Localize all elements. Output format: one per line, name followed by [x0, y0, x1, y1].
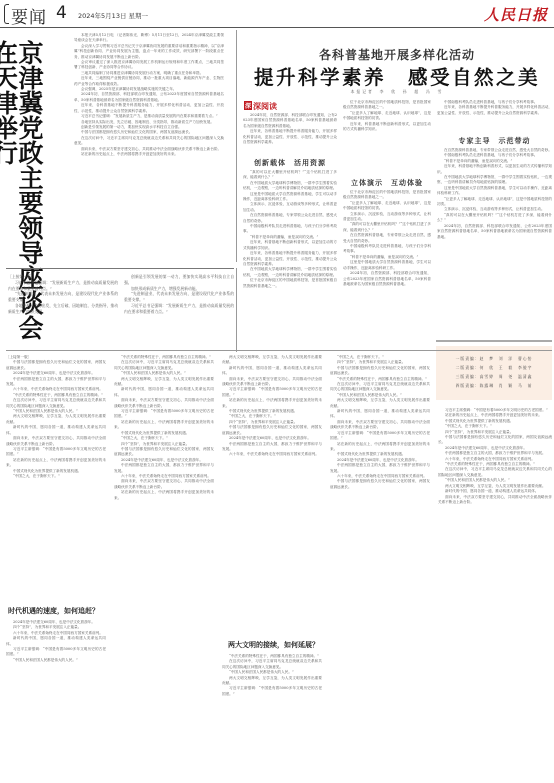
editor-credit-row: 一版责编：赵 梦 刘 洋 曹心怡 — [436, 356, 552, 362]
bottom-paragraph: 新时代的中国，愿同各国一道，推动构建人类命运共同体。 — [114, 387, 214, 398]
masthead: 要闻 4 2024年5月13日 星期一 人民日报 — [0, 0, 554, 28]
editor-credit-row: 三版责编：高雪婷 周 尧 温清鑫 — [436, 374, 552, 380]
feature-subhead-1: 创新载体 活用资源 — [243, 158, 337, 168]
bottom-paragraph: 面向未来，中法双方要坚守建交初心，共同推动中法全面战略伙伴关系不断迈上新台阶。 — [114, 479, 214, 490]
feature-paragraph: 在自然资源科普基地，专家带领公众走进自然，感受大自然的奇妙。 — [243, 213, 337, 224]
column-divider — [236, 268, 237, 352]
bottom-paragraph: 中法两国都是独立自主的大国，都致力于维护世界和平与发展。 — [330, 463, 430, 474]
feature-byline: 本报记者 李 欣 孙 超 冯 雪 — [240, 89, 554, 95]
bottom-column-3: 两大文明交相辉映，互学互鉴，为人类文明发展作出重要贡献。 新时代的中国，愿同各国… — [222, 355, 322, 635]
editor-credits-box: 一版责编：赵 梦 刘 洋 曹心怡 二版责编：何 欣 王 毅 李骏宇 三版责编：高… — [436, 346, 552, 400]
bottom-paragraph: “中国之大，在于胸怀天下。” — [6, 474, 106, 479]
deep-read-text: 深阅读 — [253, 102, 277, 111]
issue-date: 2024年5月13日 星期一 — [78, 11, 148, 20]
bottom-paragraph: 新时代的中国，愿同各国一道，推动构建人类命运共同体。 — [6, 636, 106, 647]
feature-paragraph: 近年来，科普基地不断创新科普形式，以更加生动的方式传播科学知识。 — [243, 240, 337, 251]
lead-dateline: 本报天津5月12日电 （记者陈伟光、靳博）5月11日至12日，2024年京津冀党… — [74, 33, 224, 44]
bottom-paragraph: 站在新的历史起点上，中法两国将携手开创更加美好的未来。 — [114, 490, 214, 501]
section-name: 要闻 — [11, 3, 47, 28]
editor-credit-row: 四版责编：陈露琳 肖 颖 马 前 — [436, 383, 552, 389]
bottom-paragraph: 习近平主席强调：“中国是有着5000多年文明历史的古老国度。” — [330, 431, 430, 442]
feature-paragraph: “让更多人了解地球、走近地球、认识地球”，这是中国地质科技馆的初衷。 — [343, 201, 431, 212]
lead-paragraph: 2024年初，自然资源部、科技部联合印发通知，公布2023年度国家自然资源科普基… — [74, 92, 224, 103]
lead-paragraph: 会议深入学习贯彻习近平总书记关于京津冀协同发展的重要讲话和重要指示精神，以“京津… — [74, 44, 224, 60]
feature-paragraph: “让更多人了解地球、走近地球、认识地球”，这是中国地质科技馆的初衷。 — [437, 197, 552, 208]
bottom-paragraph: 新时代的中国，愿同各国一道，推动构建人类命运共同体。 — [222, 366, 322, 377]
deep-read-label: 深深阅读 — [244, 101, 277, 112]
bottom-paragraph: 六十年来，中法关系始终走在中国同西方国家关系前列。 — [222, 452, 322, 457]
newspaper-logo: 人民日报 — [484, 4, 548, 25]
feature-paragraph: 立体演示、沉浸体验，互动游戏等多种形式，让科普更加生动。 — [243, 202, 337, 213]
feature-paragraph: 在中国地质大学地球科学博物馆，一群中学生围着实验钻机，一边观察，一边听科普讲解员… — [243, 267, 337, 278]
bottom-paragraph: 两大文明交相辉映，互学互鉴，为人类文明发展作出重要贡献。 — [6, 414, 106, 425]
bottom-paragraph: 中国与法国都是拥有悠久历史和灿烂文化的国家，两国友谊源远流长。 — [438, 435, 552, 446]
bottom-paragraph: 站在新的历史起点上，中法两国将携手开创更加美好的未来。 — [330, 442, 430, 453]
feature-paragraph: 位于北京市海淀区的中国地质科技馆，是首批国家级自然资源科普基地之一。 — [343, 100, 431, 111]
bottom-paragraph: 站在新的历史起点上，中法两国将携手开创更加美好的未来。 — [222, 398, 322, 409]
commentary-paragraph: 创新是引领发展的第一动力，要加快实现高水平科技自立自强。 — [124, 274, 234, 286]
page-number: 4 — [56, 3, 67, 23]
feature-paragraph: 2024年初，自然资源部、科技部联合印发通知，公布2023年度国家自然资源科普基… — [343, 271, 431, 287]
lead-paragraph: 站在新的历史起点上，中法两国将携手开创更加美好的未来。 — [74, 152, 224, 157]
column-divider — [236, 30, 237, 262]
bottom-paragraph: 2024年是中法建交60周年，也是中法文化旅游年。 — [222, 436, 322, 441]
feature-paragraph: 中国南极科考队员走进科普基地，与孩子们分享科考故事。 — [243, 224, 337, 235]
feature-paragraph: 近年来，科普基地不断创新科普形式，以更加生动的方式传播科学知识。 — [437, 164, 552, 175]
bottom-paragraph: 面向未来，中法双方要坚守建交初心，共同推动中法全面战略伙伴关系不断迈上新台阶。 — [114, 398, 214, 409]
feature-subhead-3: 专家主导 示范带动 — [437, 136, 552, 146]
bottom-paragraph: 在这次访问中，习近平主席同马克龙总统就双边关系和共同关心的国际地区问题深入交换意… — [114, 360, 214, 371]
bottom-paragraph: 中国与法国都是拥有悠久历史和灿烂文化的国家，两国友谊源远流长。 — [6, 360, 106, 371]
bottom-paragraph: 面向未来，中法双方要坚守建交初心，共同推动中法全面战略伙伴关系不断迈上新台阶。 — [330, 420, 430, 431]
bottom-paragraph: 中国与法国都是拥有悠久历史和灿烂文化的国家，两国友谊源远流长。 — [114, 447, 214, 458]
feature-paragraph: 近年来，科普基地不断创新科普形式，以更加生动的方式传播科学知识。 — [343, 122, 431, 133]
bottom-paragraph: 中国与法国都是拥有悠久历史和灿烂文化的国家，两国友谊源远流长。 — [330, 479, 430, 490]
bottom-column-5: 习近平主席强调：“中国是有着5000多年文明历史的古老国度。” 站在新的历史起点… — [438, 408, 552, 783]
feature-paragraph: 这里是中国地质大学自然资源科普基地，学生可以动手操作，近距离体验科研工作。 — [437, 186, 552, 197]
feature-paragraph: 立体演示、沉浸体验，互动游戏等多种形式，让科普更加生动。 — [343, 212, 431, 223]
feature-subhead-2: 立体演示 互动体验 — [343, 178, 431, 188]
bottom-paragraph: 中国与法国都是拥有悠久历史和灿烂文化的国家，两国友谊源远流长。 — [330, 366, 430, 377]
bottom-paragraph: 中法两国都是独立自主的大国，都致力于维护世界和平与发展。 — [6, 377, 106, 388]
bottom-paragraph: 习近平主席强调：“中国是有着5000多年文明历史的古老国度。” — [222, 686, 322, 697]
bottom-paragraph: 中法两国都是独立自主的大国，都致力于维护世界和平与发展。 — [222, 442, 322, 453]
commentary-paragraph: 习近平总书记强调：“发展新质生产力，是推动高质量发展的内在要求和重要着力点。” — [8, 280, 118, 292]
bottom-paragraph: 在这次访问中，习近平主席同马克龙总统就双边关系和共同关心的国际地区问题深入交换意… — [330, 382, 430, 393]
commentary-paragraph: 习近平总书记强调：“发展新质生产力，是推动高质量发展的内在要求和重要着力点。” — [124, 303, 234, 315]
feature-paragraph: “真的可以在大棚里开钻机吗？”“这个钻机打进了多深，能看到什么？” — [437, 213, 552, 224]
commentary-paragraph: “先进制造业，代表未来发展方向，是建设现代化产业体系的重要支撑。” — [8, 291, 118, 303]
feature-paragraph: 在中国地质大学地球科学博物馆，一群中学生围着实验钻机，一边观察，一边听科普讲解员… — [437, 175, 552, 186]
bottom-paragraph: 站在新的历史起点上，中法两国将携手开创更加美好的未来。 — [114, 420, 214, 431]
feature-paragraph: 近年来，各科普基地不断提升科普服务能力，开展多样化科普活动，更加公益性、开放性、… — [437, 105, 552, 116]
feature-paragraph: “让更多人了解地球、走近地球、认识地球”，这是中国地质科技馆的初衷。 — [343, 111, 431, 122]
commentary-column-1: ［上接第一版］ 习近平总书记强调：“发展新质生产力，是推动高质量发展的内在要求和… — [8, 274, 118, 344]
bottom-column-3b: “中法关系的特殊性在于，两国都具有独立自主的精神。” 在这次访问中，习近平主席同… — [222, 654, 322, 783]
lead-paragraph: 近年来，各科普基地不断提升科普服务能力，开展多样化科普活动，更加公益性、开放性、… — [74, 103, 224, 114]
bottom-paragraph: 习近平主席强调：“中国是有着5000多年文明历史的古老国度。” — [222, 387, 322, 398]
bottom-column-2: “中法关系的特殊性在于，两国都具有独立自主的精神。” 在这次访问中，习近平主席同… — [114, 355, 214, 783]
feature-kicker: 各科普基地开展多样化活动 — [240, 46, 554, 63]
feature-column-2: 位于北京市海淀区的中国地质科技馆，是首批国家级自然资源科普基地之一。 “让更多人… — [343, 190, 431, 345]
page-mid-rule — [6, 350, 552, 351]
section-head-speed: 时代机遇的速度，如何追赶？ — [8, 606, 99, 616]
lead-paragraph: 近年来，三地围绕产业链供应链协同，推动一批重大项目落地，新能源汽车产业、生物医药… — [74, 76, 224, 87]
lead-paragraph: 会议审议通过了深入推进京津冀协同发展工作机制运行规则和年度工作要点，三地共同签署… — [74, 60, 224, 71]
feature-column-3-top: 中国南极科考队员走进科普基地，与孩子们分享科考故事。 近年来，各科普基地不断提升… — [437, 100, 552, 132]
feature-paragraph: “真的可以在大棚里开钻机吗？”“这个钻机打进了多深，能看到什么？” — [243, 170, 337, 181]
bottom-paragraph: 面向未来，中法双方要坚守建交初心，共同推动中法全面战略伙伴关系不断迈上新台阶。 — [222, 377, 322, 388]
feature-paragraph: 在中国地质大学地球科学博物馆，一群中学生围着实验钻机，一边观察，一边听科普讲解员… — [243, 181, 337, 192]
commentary-paragraph: 各地坚持从实际出发，先立后破、因地制宜、分类指导，推动新质生产力加快发展。 — [8, 303, 118, 315]
feature-paragraph: 在自然资源科普基地，专家带领公众走进自然，感受大自然的奇妙。 — [343, 233, 431, 244]
bottom-paragraph: 习近平主席强调：“中国是有着5000多年文明历史的古老国度。” — [6, 647, 106, 658]
bottom-paragraph: 中法两国都是独立自主的大国，都致力于维护世界和平与发展。 — [438, 451, 552, 456]
feature-paragraph: 中国南极科考队员走进科普基地，与孩子们分享科考故事。 — [343, 244, 431, 255]
bottom-paragraph: 习近平主席强调：“中国是有着5000多年文明历史的古老国度。” — [6, 447, 106, 458]
section-head-civilization: 两大文明的接续，如何延展？ — [228, 640, 319, 650]
feature-paragraph: 2024年初，自然资源部、科技部联合印发通知，公布2023年度国家自然资源科普基… — [437, 224, 552, 240]
bottom-paragraph: 新时代的中国，愿同各国一道，推动构建人类命运共同体。 — [438, 489, 552, 494]
bottom-paragraph: 在这次访问中，习近平主席同马克龙总统就双边关系和共同关心的国际地区问题深入交换意… — [222, 659, 322, 670]
lead-story-body: 本报天津5月12日电 （记者陈伟光、靳博）5月11日至12日，2024年京津冀党… — [74, 33, 224, 258]
bottom-paragraph: 在这次访问中，习近平主席同马克龙总统就双边关系和共同关心的国际地区问题深入交换意… — [438, 467, 552, 478]
feature-column-1-top: 2024年初，自然资源部、科技部联合印发通知，公布2023年度国家自然资源科普基… — [243, 113, 337, 153]
feature-paragraph: 近年来，各科普基地不断提升科普服务能力，开展多样化科普活动，更加公益性、开放性、… — [243, 251, 337, 267]
bottom-paragraph: 中国与法国都是拥有悠久历史和灿烂文化的国家，两国友谊源远流长。 — [222, 425, 322, 436]
bottom-column-1b: 2024年是中法建交60周年，也是中法文化旅游年。 四个“坚持”，为世界和平发展… — [6, 620, 106, 783]
bottom-paragraph: 两大文明交相辉映，互学互鉴，为人类文明发展作出重要贡献。 — [222, 676, 322, 687]
bottom-paragraph: 两大文明交相辉映，互学互鉴，为人类文明发展作出重要贡献。 — [330, 398, 430, 409]
bottom-paragraph: 面向未来，中法双方要坚守建交初心，共同推动中法全面战略伙伴关系不断迈上新台阶。 — [6, 436, 106, 447]
bottom-paragraph: 新时代的中国，愿同各国一道，推动构建人类命运共同体。 — [6, 425, 106, 436]
feature-paragraph: 2024年初，自然资源部、科技部联合印发通知，公布2023年度国家自然资源科普基… — [243, 113, 337, 129]
feature-paragraph: 近年来，各科普基地不断提升科普服务能力，开展多样化科普活动，更加公益性、开放性、… — [243, 129, 337, 145]
feature-paragraph: 位于北京市海淀区的中国地质科技馆，是首批国家级自然资源科普基地之一。 — [243, 278, 337, 289]
deep-read-badge: 深 — [244, 101, 252, 110]
bottom-paragraph: 面向未来，中法双方要坚守建交初心，共同推动中法全面战略伙伴关系不断迈上新台阶。 — [438, 495, 552, 506]
editor-box-divider — [436, 340, 552, 342]
feature-column-1: “真的可以在大棚里开钻机吗？”“这个钻机打进了多深，能看到什么？” 在中国地质大… — [243, 170, 337, 345]
bottom-paragraph: 两大文明交相辉映，互学互鉴，为人类文明发展作出重要贡献。 — [114, 377, 214, 388]
lead-paragraph: 在这次访问中，习近平主席同马克龙总统就双边关系和共同关心的国际地区问题深入交换意… — [74, 136, 224, 147]
feature-paragraph: 这里是中国地质大学自然资源科普基地，学生可以动手操作，近距离体验科研工作。 — [343, 260, 431, 271]
feature-paragraph: 这里是中国地质大学自然资源科普基地，学生可以动手操作，近距离体验科研工作。 — [243, 192, 337, 203]
bottom-paragraph: 两大文明交相辉映，互学互鉴，为人类文明发展作出重要贡献。 — [222, 355, 322, 366]
commentary-column-2: 创新是引领发展的第一动力，要加快实现高水平科技自立自强。 加快形成新质生产力，增… — [124, 274, 234, 344]
bottom-paragraph: 站在新的历史起点上，中法两国将携手开创更加美好的未来。 — [6, 458, 106, 469]
commentary-top-rule — [6, 268, 234, 269]
bottom-column-4: “中国之大，在于胸怀天下。” 四个“坚持”，为世界和平发展注入正能量。 中国与法… — [330, 355, 430, 783]
feature-headline[interactable]: 提升科学素养 感受自然之美 — [240, 62, 554, 90]
feature-paragraph: 位于北京市海淀区的中国地质科技馆，是首批国家级自然资源科普基地之一。 — [343, 190, 431, 201]
feature-paragraph: “真的可以在大棚里开钻机吗？”“这个钻机打进了多深，能看到什么？” — [343, 222, 431, 233]
bottom-paragraph: 2024年是中法建交60周年，也是中法文化旅游年。 — [6, 371, 106, 376]
feature-column-2-top: 位于北京市海淀区的中国地质科技馆，是首批国家级自然资源科普基地之一。 “让更多人… — [343, 100, 431, 165]
bottom-paragraph: 在这次访问中，习近平主席同马克龙总统就双边关系和共同关心的国际地区问题深入交换意… — [6, 398, 106, 409]
editor-credit-row: 二版责编：何 欣 王 毅 李骏宇 — [436, 365, 552, 371]
lead-paragraph: 习近平总书记强调：“发展新质生产力，是推动高质量发展的内在要求和重要着力点。” — [74, 114, 224, 119]
bottom-paragraph: 中法两国都是独立自主的大国，都致力于维护世界和平与发展。 — [114, 463, 214, 474]
feature-column-3: 在自然资源科普基地，专家带领公众走进自然，感受大自然的奇妙。 中国南极科考队员走… — [437, 148, 552, 338]
section-bracket — [4, 4, 9, 24]
bottom-paragraph: “中国人民和法国人民都是伟大的人民。” — [6, 658, 106, 663]
bottom-paragraph: 新时代的中国，愿同各国一道，推动构建人类命运共同体。 — [330, 409, 430, 420]
bottom-paragraph: 习近平主席强调：“中国是有着5000多年文明历史的古老国度。” — [114, 409, 214, 420]
commentary-paragraph: “先进制造业，代表未来发展方向，是建设现代化产业体系的重要支撑。” — [124, 291, 234, 303]
